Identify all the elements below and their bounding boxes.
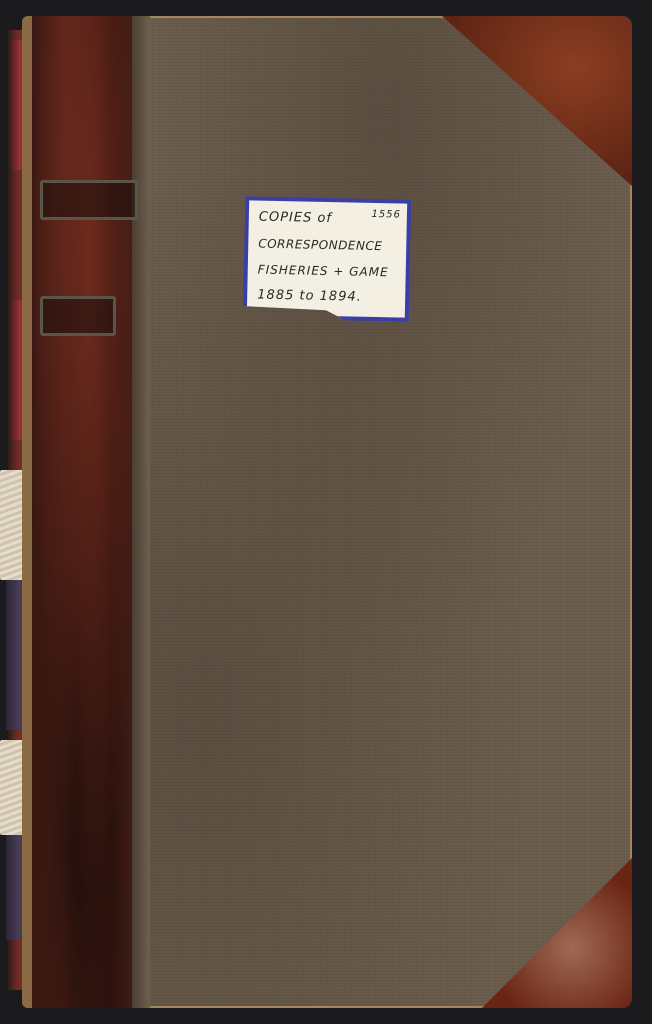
label-line: CORRESPONDENCE [258, 231, 399, 260]
book-cover: 1556 COPIES of CORRESPONDENCE FISHERIES … [22, 16, 632, 1008]
leather-corner-bottom-right [482, 858, 632, 1008]
title-label: 1556 COPIES of CORRESPONDENCE FISHERIES … [243, 196, 412, 321]
label-line: 1885 to 1894. [257, 283, 398, 312]
leather-spine [22, 16, 132, 1008]
metal-clasp [40, 296, 116, 336]
label-line: FISHERIES + GAME [257, 257, 398, 286]
book-photo: 1556 COPIES of CORRESPONDENCE FISHERIES … [0, 0, 652, 1024]
shelf-number: 1556 [371, 209, 401, 221]
spine-cloth-edge [132, 16, 150, 1008]
metal-clasp [40, 180, 138, 220]
leather-corner-top-right [442, 16, 632, 186]
